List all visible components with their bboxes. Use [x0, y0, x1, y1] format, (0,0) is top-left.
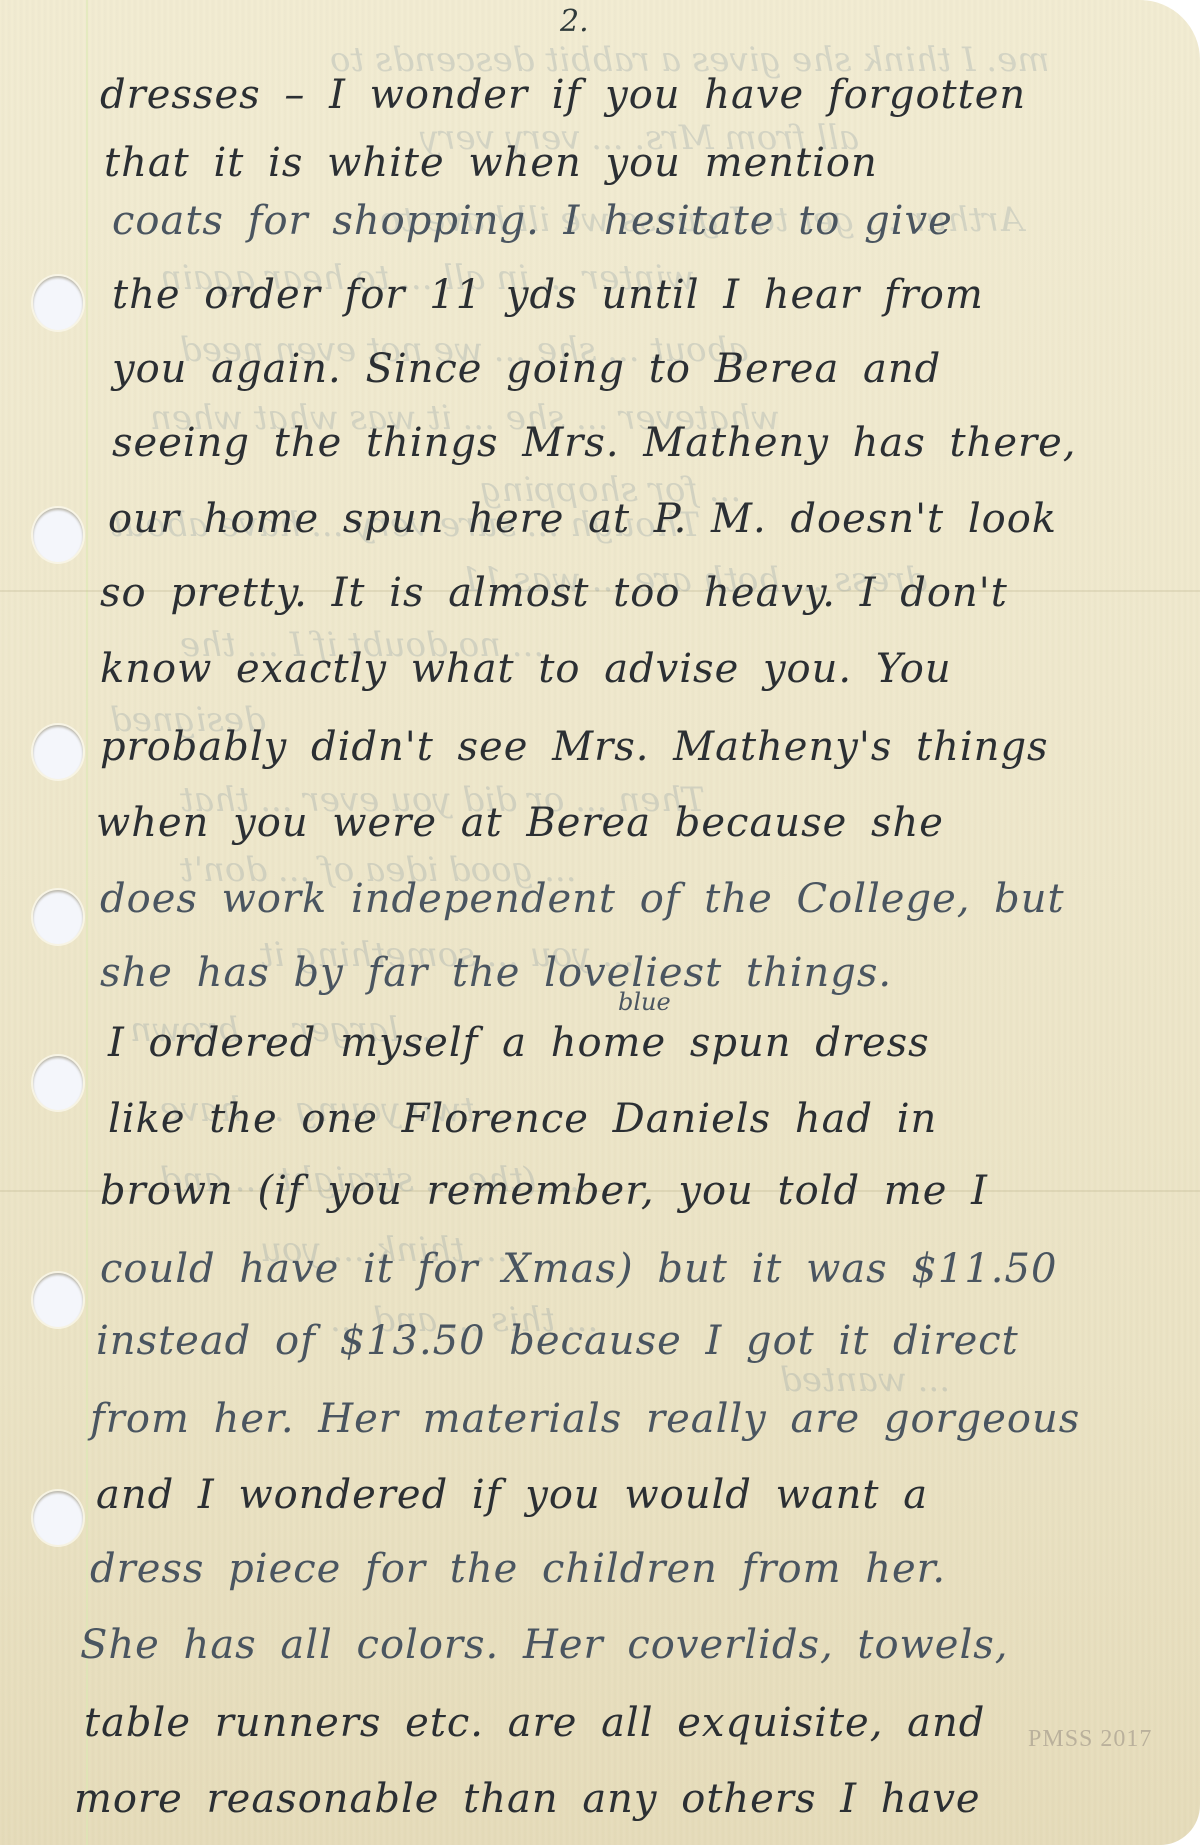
binder-hole	[33, 1491, 83, 1545]
letter-line: from her. Her materials really are gorge…	[90, 1396, 1080, 1442]
letter-line: dresses – I wonder if you have forgotten	[100, 72, 1026, 118]
inserted-word: blue	[618, 988, 671, 1016]
binder-hole	[33, 276, 83, 330]
letter-line: instead of $13.50 because I got it direc…	[96, 1318, 1019, 1364]
archive-watermark: PMSS 2017	[1028, 1726, 1152, 1753]
page-number: 2.	[560, 4, 589, 39]
letter-line: you again. Since going to Berea and	[112, 346, 941, 392]
letter-line: so pretty. It is almost too heavy. I don…	[100, 570, 1008, 616]
letter-line: I ordered myself a home spun dress	[108, 1020, 930, 1066]
bleed-through-text: ... wanted	[780, 1360, 950, 1400]
binder-hole	[33, 1273, 83, 1327]
binder-hole	[33, 890, 83, 944]
letter-line: the order for 11 yds until I hear from	[112, 272, 984, 318]
letter-line: our home spun here at P. M. doesn't look	[108, 496, 1057, 542]
letter-line: when you were at Berea because she	[96, 800, 944, 846]
letter-page: me. I think she gives a rabbit descends …	[0, 0, 1200, 1845]
letter-line: does work independent of the College, bu…	[100, 876, 1065, 922]
letter-line: know exactly what to advise you. You	[100, 646, 952, 692]
letter-line: dress piece for the children from her.	[90, 1546, 946, 1592]
binder-hole	[33, 725, 83, 779]
binder-hole	[33, 1056, 83, 1110]
letter-line: like the one Florence Daniels had in	[108, 1096, 937, 1142]
letter-line: table runners etc. are all exquisite, an…	[84, 1700, 985, 1746]
letter-line: she has by far the loveliest things.	[100, 950, 892, 996]
letter-line: and I wondered if you would want a	[96, 1472, 928, 1518]
letter-line: could have it for Xmas) but it was $11.5…	[100, 1246, 1057, 1292]
letter-line: that it is white when you mention	[104, 140, 878, 186]
letter-line: seeing the things Mrs. Matheny has there…	[112, 420, 1077, 466]
letter-line: She has all colors. Her coverlids, towel…	[80, 1622, 1009, 1668]
binder-hole	[33, 508, 83, 562]
letter-line: more reasonable than any others I have	[74, 1776, 981, 1822]
letter-line: probably didn't see Mrs. Matheny's thing…	[100, 724, 1049, 770]
letter-line: coats for shopping. I hesitate to give	[112, 198, 953, 244]
letter-line: brown (if you remember, you told me I	[100, 1168, 988, 1214]
margin-line	[86, 0, 88, 1845]
